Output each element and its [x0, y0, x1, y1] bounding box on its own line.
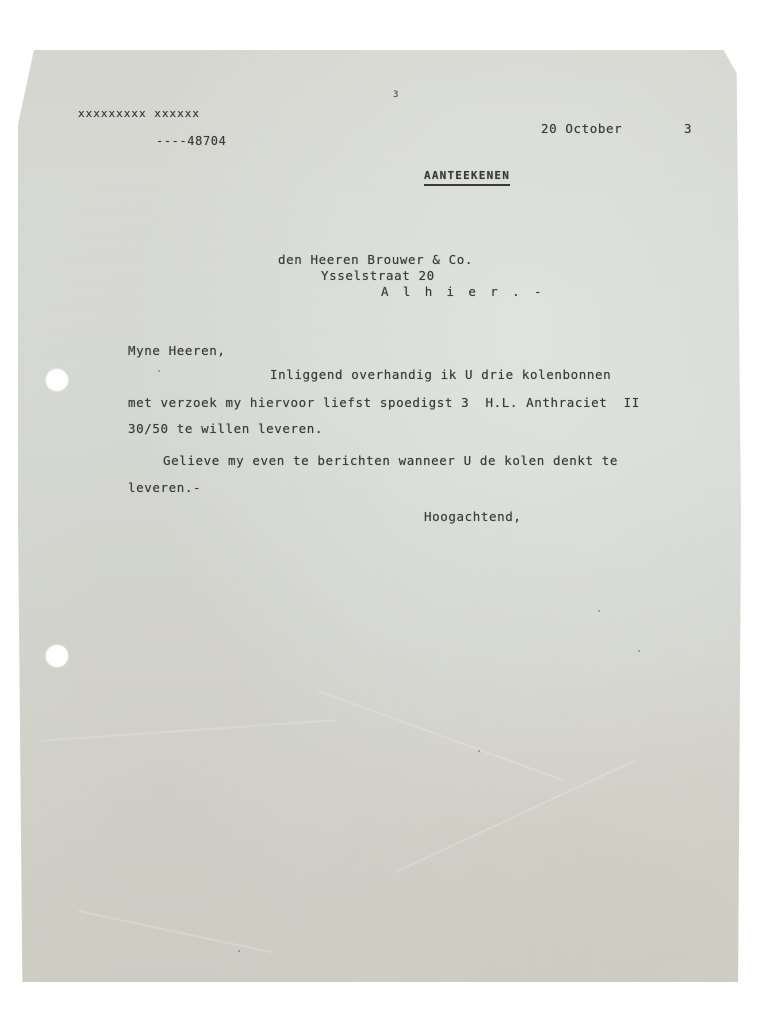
body-line: Gelieve my even te berichten wanneer U d…	[163, 455, 618, 468]
body-line: leveren.-	[128, 482, 201, 495]
date: 20 October	[541, 123, 622, 136]
paper-speck	[478, 750, 480, 752]
paper-crease	[38, 719, 337, 742]
closing: Hoogachtend,	[424, 511, 522, 524]
registered-notice: AANTEEKENEN	[424, 170, 510, 186]
salutation: Myne Heeren,	[128, 345, 226, 358]
recipient-name: den Heeren Brouwer & Co.	[278, 254, 473, 267]
body-line: 30/50 te willen leveren.	[128, 423, 323, 436]
recipient-street: Ysselstraat 20	[321, 270, 435, 283]
reference-number: ----48704	[156, 135, 226, 147]
page-number: 3	[684, 123, 692, 136]
paper-crease	[398, 760, 634, 872]
letter-paper	[18, 50, 741, 982]
top-mark: 3	[393, 91, 399, 100]
paper-crease	[78, 910, 274, 954]
punch-hole-lower	[46, 645, 68, 667]
paper-speck	[238, 950, 240, 952]
struck-out-line: xxxxxxxxx xxxxxx	[78, 108, 200, 119]
paper-crease	[318, 690, 563, 781]
paper-speck	[598, 610, 600, 612]
paper-speck	[638, 650, 640, 652]
paper-speck	[158, 370, 160, 372]
body-line: met verzoek my hiervoor liefst spoedigst…	[128, 397, 640, 410]
body-line: Inliggend overhandig ik U drie kolenbonn…	[270, 369, 611, 382]
punch-hole-upper	[46, 369, 68, 391]
page-background: 3 xxxxxxxxx xxxxxx ----48704 20 October …	[0, 0, 768, 1024]
recipient-city: A l h i e r . -	[381, 286, 545, 299]
